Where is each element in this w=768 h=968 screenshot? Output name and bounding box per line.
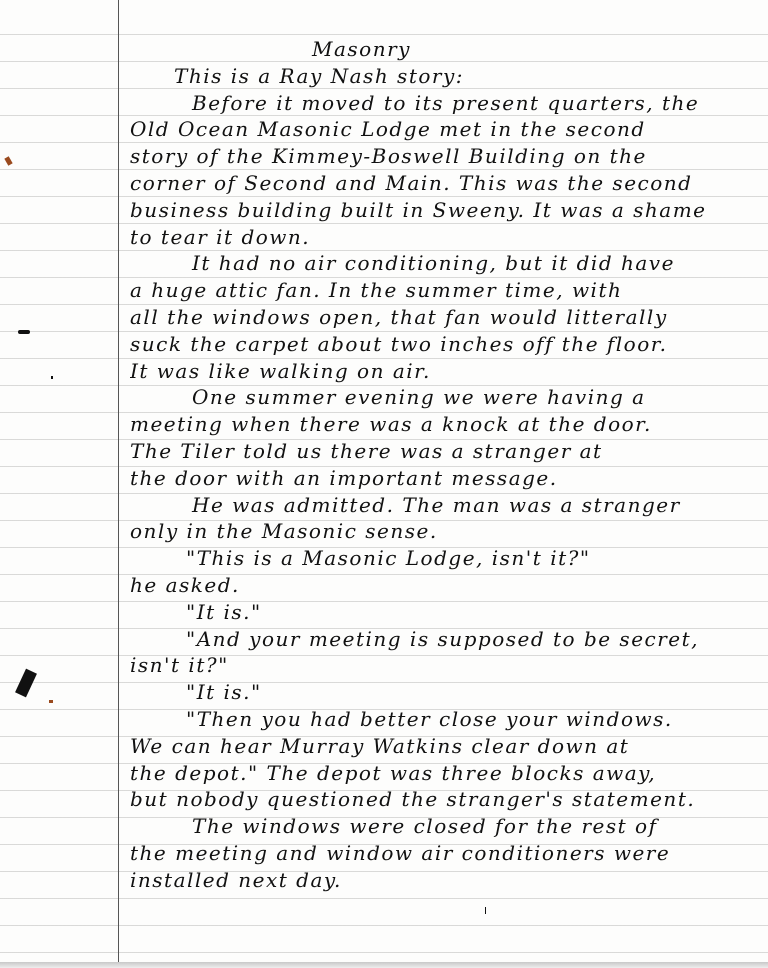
text-line: "It is." — [130, 599, 760, 626]
text-line: the meeting and window air conditioners … — [130, 840, 760, 867]
text-line: It was like walking on air. — [130, 358, 760, 385]
text-line: This is a Ray Nash story: — [130, 63, 760, 90]
text-line: the door with an important message. — [130, 465, 760, 492]
text-line: all the windows open, that fan would lit… — [130, 304, 760, 331]
margin-line — [118, 0, 119, 962]
handwritten-text: Masonry This is a Ray Nash story: Before… — [130, 36, 760, 894]
text-line: Before it moved to its present quarters,… — [130, 90, 760, 117]
text-line: suck the carpet about two inches off the… — [130, 331, 760, 358]
ink-dash — [18, 330, 30, 334]
text-line: One summer evening we were having a — [130, 384, 760, 411]
text-line: a huge attic fan. In the summer time, wi… — [130, 277, 760, 304]
ink-smudge — [15, 669, 37, 698]
text-line: to tear it down. — [130, 224, 760, 251]
text-line: isn't it?" — [130, 652, 760, 679]
page-title: Masonry — [130, 36, 760, 63]
text-line: "And your meeting is supposed to be secr… — [130, 626, 760, 653]
pen-tick — [485, 907, 486, 914]
text-line: He was admitted. The man was a stranger — [130, 492, 760, 519]
text-line: The windows were closed for the rest of — [130, 813, 760, 840]
rust-speck — [4, 156, 12, 165]
text-line: installed next day. — [130, 867, 760, 894]
text-line: Old Ocean Masonic Lodge met in the secon… — [130, 116, 760, 143]
text-line: story of the Kimmey-Boswell Building on … — [130, 143, 760, 170]
text-line: corner of Second and Main. This was the … — [130, 170, 760, 197]
text-line: business building built in Sweeny. It wa… — [130, 197, 760, 224]
page-bottom-edge — [0, 962, 768, 968]
text-line: "Then you had better close your windows. — [130, 706, 760, 733]
ink-dot — [51, 376, 53, 379]
text-line: the depot." The depot was three blocks a… — [130, 760, 760, 787]
text-line: only in the Masonic sense. — [130, 518, 760, 545]
text-line: but nobody questioned the stranger's sta… — [130, 786, 760, 813]
notebook-page: Masonry This is a Ray Nash story: Before… — [0, 0, 768, 962]
text-line: "It is." — [130, 679, 760, 706]
rust-speck — [49, 700, 53, 703]
text-line: he asked. — [130, 572, 760, 599]
text-line: We can hear Murray Watkins clear down at — [130, 733, 760, 760]
text-line: It had no air conditioning, but it did h… — [130, 250, 760, 277]
text-line: "This is a Masonic Lodge, isn't it?" — [130, 545, 760, 572]
text-line: meeting when there was a knock at the do… — [130, 411, 760, 438]
text-line: The Tiler told us there was a stranger a… — [130, 438, 760, 465]
